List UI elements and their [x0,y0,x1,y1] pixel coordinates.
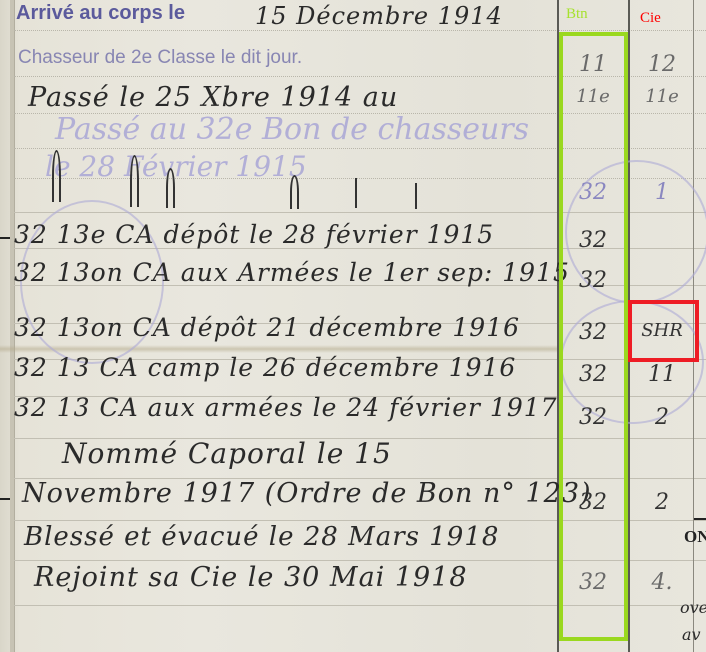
tally-mark [130,155,139,207]
cie-value: 2 [632,405,692,430]
cie-stamp-value: 1 [632,180,692,205]
btn-column-header: Btn [566,6,588,23]
entry-line: 32 13on CA aux Armées le 1er sep: 1915 [14,258,570,287]
entry-line: Nommé Caporal le 15 [62,437,392,470]
tally-mark [290,175,299,209]
cie-value: 4. [632,570,692,595]
tally-mark [52,150,61,202]
stamp-overlay-line-2: le 28 Février 1915 [45,150,307,183]
tally-mark [355,178,357,208]
document-scan: Passé au 32e Bon de chasseurs le 28 Févr… [0,0,706,652]
side-fragment: av [682,625,701,644]
printed-arrival-label: Arrivé au corps le [16,2,185,25]
tally-mark [166,168,175,208]
btn-column-highlight-box [559,32,628,641]
stamp-overlay-line-1: Passé au 32e Bon de chasseurs [55,112,529,147]
entry-line: 32 13e CA dépôt le 28 février 1915 [14,220,494,249]
entry-line: 32 13 CA camp le 26 décembre 1916 [14,353,516,382]
arrival-date: 15 Décembre 1914 [255,2,503,30]
rule-fragment [694,518,706,520]
cie-value: 2 [632,490,692,515]
side-fragment: ON [684,527,706,547]
entry-line: Rejoint sa Cie le 30 Mai 1918 [34,562,468,593]
cie-value: 11 [632,362,692,387]
margin-mark [0,498,10,500]
cie-column-header: Cie [640,10,661,27]
tally-mark [415,183,417,209]
side-fragment: ove [680,598,706,617]
entry-line: 32 13 CA aux armées le 24 février 1917 [14,393,558,422]
ruled-line [14,30,706,31]
entry-line: 32 13on CA dépôt 21 décembre 1916 [14,313,520,342]
cie-highlight-box [628,300,699,362]
entry-line: Blessé et évacué le 28 Mars 1918 [24,522,499,552]
cie-value: 11e [632,86,692,107]
margin-mark [0,237,10,239]
transfer-line: Passé le 25 Xbre 1914 au [28,82,398,113]
printed-rank-label: Chasseur de 2e Classe le dit jour. [18,47,302,69]
entry-line: Novembre 1917 (Ordre de Bon n° 123) [22,478,592,509]
cie-value: 12 [632,52,692,77]
